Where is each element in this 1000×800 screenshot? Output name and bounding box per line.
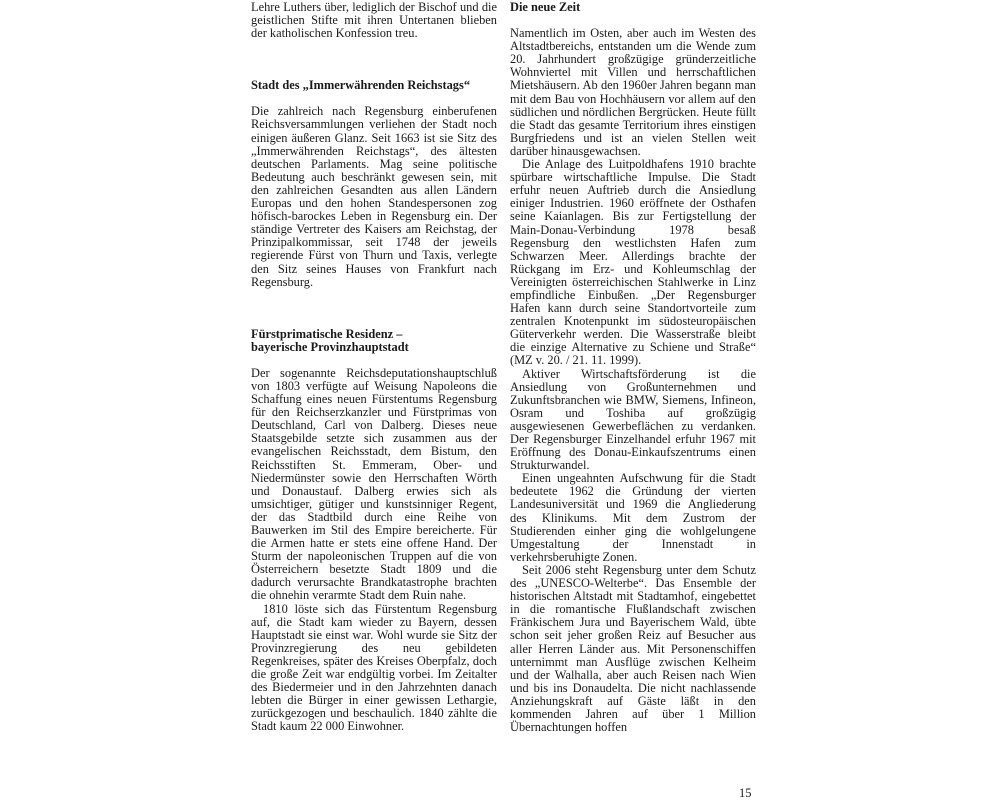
- heading-line-1: Fürstprimatische Residenz –: [251, 327, 402, 341]
- left-column: Lehre Luthers über, lediglich der Bischo…: [251, 1, 497, 734]
- section-heading-neue-zeit: Die neue Zeit: [510, 1, 756, 14]
- paragraph-neue-zeit-2: Die Anlage des Luitpoldhafens 1910 brach…: [510, 158, 756, 368]
- intro-paragraph: Lehre Luthers über, lediglich der Bischo…: [251, 1, 497, 40]
- paragraph-neue-zeit-3: Aktiver Wirtschaftsförderung ist die Ans…: [510, 368, 756, 473]
- section-heading-residenz: Fürstprimatische Residenz – bayerische P…: [251, 328, 497, 354]
- heading-line-2: bayerische Provinzhauptstadt: [251, 340, 409, 354]
- paragraph-residenz-1: Der sogenannte Reichsdeputationshauptsch…: [251, 367, 497, 603]
- section-heading-reichstag: Stadt des „Immerwährenden Reichstags“: [251, 79, 497, 92]
- page-number: 15: [739, 786, 751, 800]
- paragraph-residenz-2: 1810 löste sich das Fürstentum Regensbur…: [251, 603, 497, 734]
- document-page: Lehre Luthers über, lediglich der Bischo…: [0, 0, 1000, 800]
- paragraph-neue-zeit-1: Namentlich im Osten, aber auch im Westen…: [510, 27, 756, 158]
- paragraph-neue-zeit-4: Einen ungeahnten Aufschwung für die Stad…: [510, 472, 756, 564]
- paragraph-reichstag: Die zahlreich nach Regensburg einberufen…: [251, 105, 497, 288]
- paragraph-neue-zeit-5: Seit 2006 steht Regensburg unter dem Sch…: [510, 564, 756, 734]
- right-column: Die neue Zeit Namentlich im Osten, aber …: [510, 1, 756, 734]
